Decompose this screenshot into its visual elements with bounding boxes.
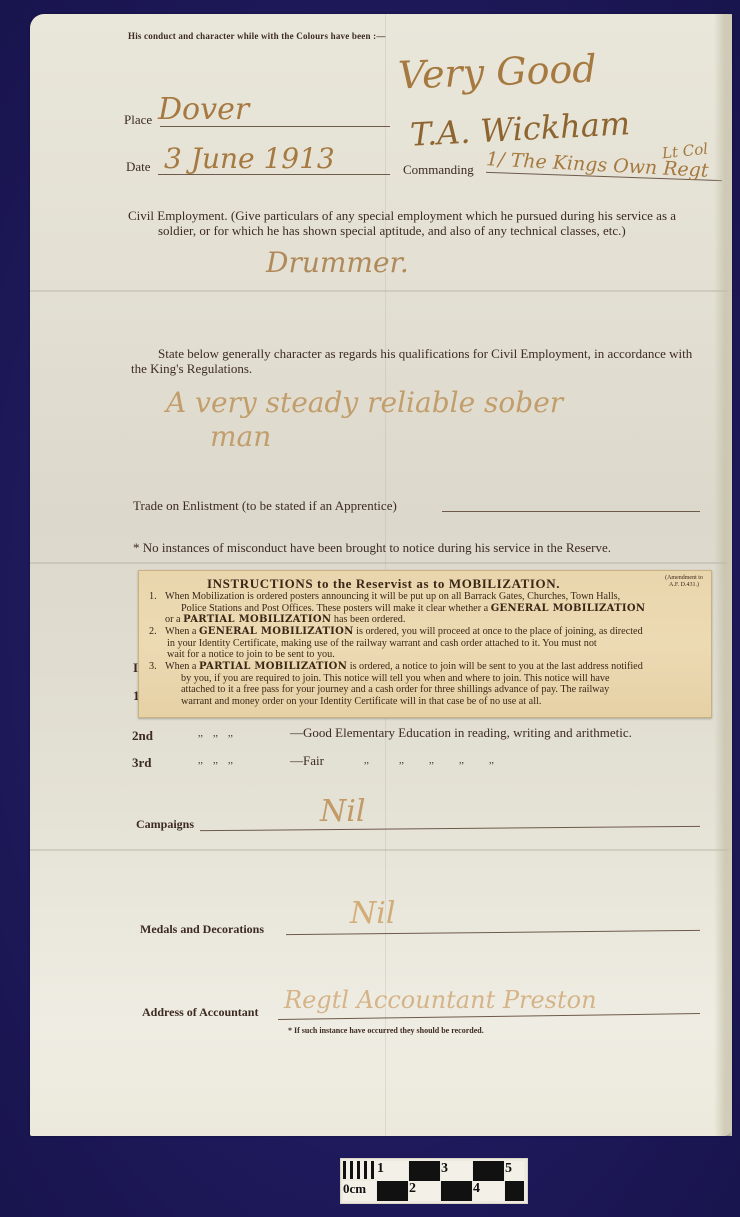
medals-line xyxy=(286,930,700,935)
slip-title: INSTRUCTIONS to the Reservist as to MOBI… xyxy=(207,576,560,592)
education-2nd-ditto: ,, ,, ,, xyxy=(198,728,233,739)
misconduct-note: * No instances of misconduct have been b… xyxy=(133,540,611,556)
medals-label: Medals and Decorations xyxy=(140,922,264,937)
date-label: Date xyxy=(126,159,151,175)
accountant-line xyxy=(278,1013,700,1020)
campaigns-value: Nil xyxy=(320,794,365,829)
slip-item-2: 2.When a GENERAL MOBILIZATION is ordered… xyxy=(149,626,705,661)
fold-line xyxy=(30,849,732,851)
date-value: 3 June 1913 xyxy=(164,142,335,175)
scale-cell xyxy=(377,1181,408,1201)
trade-label: Trade on Enlistment (to be stated if an … xyxy=(133,498,397,514)
scale-unit-label: 0cm xyxy=(343,1181,376,1201)
conduct-value: Very Good xyxy=(397,47,597,98)
commanding-signature: T.A. Wickham xyxy=(409,104,631,153)
fold-line xyxy=(30,290,732,292)
education-3rd-text: —Fair xyxy=(290,753,324,769)
campaigns-line xyxy=(200,826,700,831)
commanding-label: Commanding xyxy=(403,162,474,178)
place-label: Place xyxy=(124,112,152,128)
qualifications-value-line1: A very steady reliable sober xyxy=(166,386,563,419)
conduct-header: His conduct and character while with the… xyxy=(128,31,386,41)
scale-cell: 4 xyxy=(473,1181,504,1201)
education-3rd-trailing-ditto: ,, ,, ,, ,, ,, xyxy=(364,755,494,766)
scale-cell xyxy=(441,1181,472,1201)
place-value: Dover xyxy=(158,92,249,127)
scale-cell: 5 xyxy=(505,1161,524,1181)
campaigns-label: Campaigns xyxy=(136,817,194,832)
education-3rd-class: 3rd xyxy=(132,755,152,771)
education-2nd-text: —Good Elementary Education in reading, w… xyxy=(290,725,632,741)
accountant-value: Regtl Accountant Preston xyxy=(284,986,597,1014)
trade-line xyxy=(442,511,700,512)
mm-ticks xyxy=(343,1161,377,1179)
mobilization-instructions-slip: INSTRUCTIONS to the Reservist as to MOBI… xyxy=(138,570,712,718)
cm-scale-bar: 1 3 5 0cm 2 4 xyxy=(340,1158,528,1204)
fold-line xyxy=(30,562,732,564)
medals-value: Nil xyxy=(350,896,395,931)
scale-cell xyxy=(505,1181,524,1201)
scale-cell xyxy=(409,1161,440,1181)
slip-item-3: 3.When a PARTIAL MOBILIZATION is ordered… xyxy=(149,661,705,707)
footnote: * If such instance have occurred they sh… xyxy=(288,1026,484,1035)
accountant-label: Address of Accountant xyxy=(142,1005,258,1020)
slip-item-1: 1.When Mobilization is ordered posters a… xyxy=(149,591,705,626)
education-2nd-class: 2nd xyxy=(132,728,153,744)
scale-cell xyxy=(473,1161,504,1181)
scale-cell: 2 xyxy=(409,1181,440,1201)
slip-amendment-note: (Amendment to A.F. D.431.) xyxy=(663,575,705,589)
scale-cell: 1 xyxy=(377,1161,408,1181)
education-3rd-ditto: ,, ,, ,, xyxy=(198,755,233,766)
qualifications-value-line2: man xyxy=(210,420,271,453)
civil-employment-value: Drummer. xyxy=(266,246,409,279)
scale-cell: 3 xyxy=(441,1161,472,1181)
qualifications-label: State below generally character as regar… xyxy=(131,346,701,376)
civil-employment-label: Civil Employment. (Give particulars of a… xyxy=(98,208,698,238)
